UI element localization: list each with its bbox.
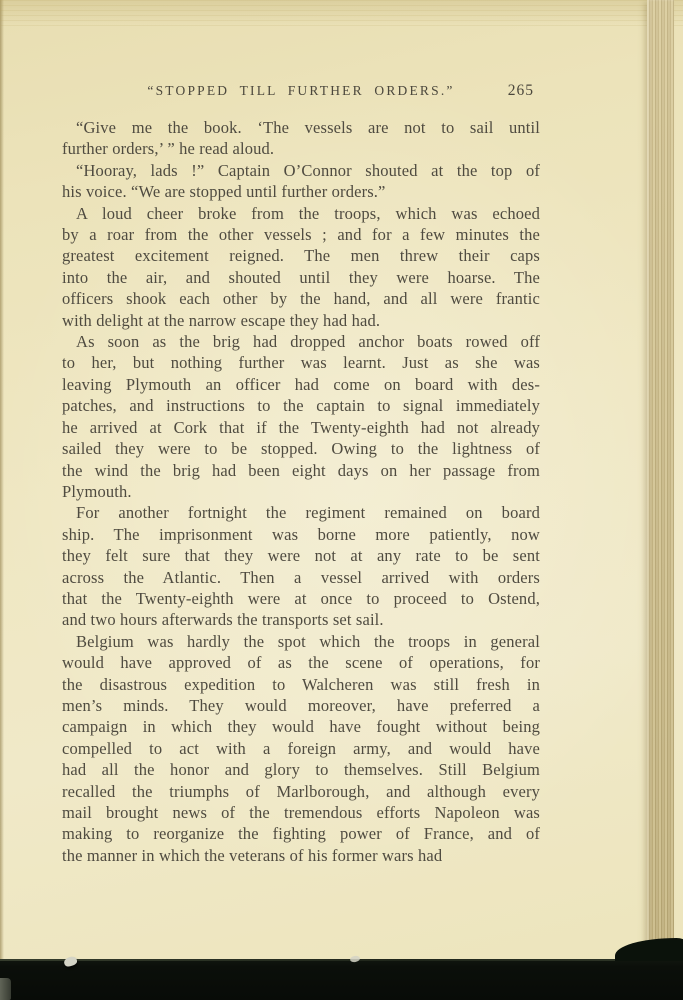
- text-line: the manner in which the veterans of his …: [62, 845, 540, 866]
- book-scan: “STOPPED TILL FURTHER ORDERS.” 265 “Give…: [0, 0, 683, 1000]
- paragraph: For another fortnight the regiment remai…: [62, 502, 540, 630]
- clasp-fragment: [0, 978, 11, 1000]
- text-body: “Give me the book. ‘The vessels are not …: [62, 117, 540, 866]
- text-line: by a roar from the other vessels ; and f…: [62, 224, 540, 245]
- text-line: across the Atlantic. Then a vessel arriv…: [62, 567, 540, 588]
- text-line: into the air, and shouted until they wer…: [62, 267, 540, 288]
- book-page: “STOPPED TILL FURTHER ORDERS.” 265 “Give…: [0, 0, 683, 1000]
- page-number: 265: [508, 82, 534, 100]
- text-line: recalled the triumphs of Marlborough, an…: [62, 781, 540, 802]
- text-line: “Hooray, lads !” Captain O’Connor shoute…: [62, 160, 540, 181]
- text-line: Belgium was hardly the spot which the tr…: [62, 631, 540, 652]
- paper-top-edge: [0, 0, 683, 30]
- page-header: “STOPPED TILL FURTHER ORDERS.” 265: [62, 83, 540, 101]
- text-line: he arrived at Cork that if the Twenty-ei…: [62, 417, 540, 438]
- text-line: the disastrous expedition to Walcheren w…: [62, 674, 540, 695]
- text-line: would have approved of as the scene of o…: [62, 652, 540, 673]
- page-fore-edge: [647, 0, 674, 958]
- paragraph: A loud cheer broke from the troops, whic…: [62, 203, 540, 331]
- text-line: his voice. “We are stopped until further…: [62, 181, 540, 202]
- text-line: that the Twenty-eighth were at once to p…: [62, 588, 540, 609]
- text-line: campaign in which they would have fought…: [62, 716, 540, 737]
- paragraph: “Hooray, lads !” Captain O’Connor shoute…: [62, 160, 540, 203]
- text-line: making to reorganize the fighting power …: [62, 823, 540, 844]
- text-line: As soon as the brig had dropped anchor b…: [62, 331, 540, 352]
- text-line: “Give me the book. ‘The vessels are not …: [62, 117, 540, 138]
- metal-glint: [350, 955, 361, 963]
- paragraph: Belgium was hardly the spot which the tr…: [62, 631, 540, 866]
- text-line: men’s minds. They would moreover, have p…: [62, 695, 540, 716]
- text-line: For another fortnight the regiment remai…: [62, 502, 540, 523]
- text-line: leaving Plymouth an officer had come on …: [62, 374, 540, 395]
- book-cover-edge: [0, 959, 683, 1000]
- text-line: greatest excitement reigned. The men thr…: [62, 245, 540, 266]
- text-line: compelled to act with a foreign army, an…: [62, 738, 540, 759]
- text-line: A loud cheer broke from the troops, whic…: [62, 203, 540, 224]
- text-line: officers shook each other by the hand, a…: [62, 288, 540, 309]
- paragraph: “Give me the book. ‘The vessels are not …: [62, 117, 540, 160]
- text-line: and two hours afterwards the transports …: [62, 609, 540, 630]
- text-line: mail brought news of the tremendous effo…: [62, 802, 540, 823]
- running-title: “STOPPED TILL FURTHER ORDERS.”: [62, 83, 540, 99]
- paragraph: As soon as the brig had dropped anchor b…: [62, 331, 540, 502]
- text-line: to her, but nothing further was learnt. …: [62, 352, 540, 373]
- text-line: had all the honor and glory to themselve…: [62, 759, 540, 780]
- text-line: ship. The imprisonment was borne more pa…: [62, 524, 540, 545]
- text-line: with delight at the narrow escape they h…: [62, 310, 540, 331]
- text-line: further orders,’ ” he read aloud.: [62, 138, 540, 159]
- text-line: Plymouth.: [62, 481, 540, 502]
- text-line: sailed they were to be stopped. Owing to…: [62, 438, 540, 459]
- text-line: they felt sure that they were not at any…: [62, 545, 540, 566]
- text-line: patches, and instructions to the captain…: [62, 395, 540, 416]
- text-line: the wind the brig had been eight days on…: [62, 460, 540, 481]
